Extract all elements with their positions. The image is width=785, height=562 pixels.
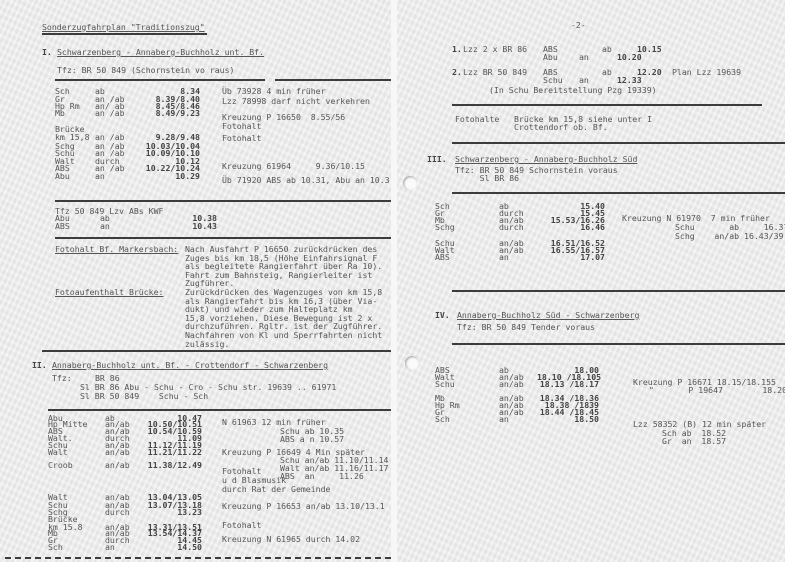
note: Fotohalt bbox=[222, 521, 261, 529]
arrival-departure-type: durch bbox=[105, 508, 130, 516]
timetable-page-1: Sonderzugfahrplan "Traditionszug" I. Sch… bbox=[0, 0, 391, 562]
station-name: Schg bbox=[435, 223, 455, 231]
note: durch Rat der Gemeinde bbox=[222, 485, 330, 493]
arrival-departure-type: an /ab bbox=[95, 109, 125, 117]
arrival-departure-type: an /ab bbox=[95, 133, 125, 141]
note: N 61963 12 min früher bbox=[222, 418, 326, 426]
arrival-departure-type: ab bbox=[602, 68, 612, 76]
arrival-departure-type: an bbox=[100, 222, 110, 230]
photo-stop-text: Nach Ausfahrt P 16650 zurückdrücken des … bbox=[185, 245, 382, 288]
divider bbox=[452, 290, 785, 292]
station-name: ABS bbox=[55, 222, 70, 230]
divider bbox=[55, 237, 391, 239]
time-value: 18.13 /18.17 bbox=[537, 380, 599, 388]
arrival-departure-type: an/ab bbox=[499, 380, 524, 388]
photo-stop-label: Fotohalt Bf. Markersbach: bbox=[55, 245, 178, 253]
time-value: 16.46 bbox=[543, 223, 605, 231]
note: Lzz 58352 (B) 12 min später bbox=[633, 420, 766, 428]
section-3-number: III. bbox=[427, 155, 447, 163]
arrival-departure-type: an bbox=[499, 415, 509, 423]
fotohalte-text: Brücke km 15,8 siehe unter I Crottendorf… bbox=[514, 115, 652, 131]
divider bbox=[452, 343, 785, 345]
arrival-departure-type: an bbox=[95, 172, 105, 180]
note: Schg an/ab 16.43/39 bbox=[675, 232, 783, 240]
lz-description: Lzz 2 x BR 86 bbox=[463, 45, 527, 53]
section-2-tfz-label: Tfz: bbox=[52, 374, 72, 382]
section-1-tfz: Tfz: BR 50 849 (Schornstein vo raus) bbox=[57, 66, 234, 74]
station-name: Abu bbox=[543, 53, 558, 61]
station-name: Schu bbox=[435, 380, 455, 388]
note: Kreuzung P 16653 an/ab 13.10/13.1 bbox=[222, 502, 385, 510]
arrival-departure-type: an bbox=[579, 76, 589, 84]
note: Fotohalt bbox=[222, 122, 261, 130]
station-name: Sch bbox=[48, 543, 63, 551]
time-value: 10.20 bbox=[617, 53, 642, 61]
note: Üb 71920 ABS ab 10.31, Abu an 10.3 bbox=[222, 176, 390, 184]
section-4-heading: Annaberg-Buchholz Süd - Schwarzenberg bbox=[457, 311, 639, 319]
station-name: Schu bbox=[543, 76, 563, 84]
time-value: 14.50 bbox=[140, 543, 202, 551]
station-name: Mb bbox=[55, 109, 65, 117]
arrival-departure-type: durch bbox=[499, 223, 524, 231]
note: Üb 73928 4 min früher bbox=[222, 87, 326, 95]
arrival-departure-type: an/ab bbox=[105, 448, 130, 456]
lz-description: Lzz BR 50 849 bbox=[463, 68, 527, 76]
photo-stop-text: Zurückdrücken des Wagenzuges von km 15,8… bbox=[185, 288, 382, 348]
station-name: Brücke km 15,8 bbox=[55, 125, 90, 141]
punch-hole bbox=[405, 356, 419, 370]
section-1-heading: Schwarzenberg - Annaberg-Buchholz unt. B… bbox=[57, 48, 264, 56]
note: Kreuzung N 61970 7 min früher bbox=[622, 214, 770, 222]
note: Gr an 18.57 bbox=[662, 437, 726, 445]
document-title: Sonderzugfahrplan "Traditionszug" bbox=[42, 23, 205, 31]
punch-hole bbox=[403, 176, 417, 190]
tfz-line: Sl BR 86 Abu - Schu - Cro - Schu str. 19… bbox=[80, 383, 336, 391]
note: Kreuzung P 16650 8.55/56 bbox=[222, 113, 345, 121]
section-4-tfz: Tfz: BR 50 849 Tender voraus bbox=[457, 323, 595, 331]
time-value: 11.38/12.49 bbox=[140, 461, 202, 469]
note: ABS a n 10.57 bbox=[280, 435, 344, 443]
station-name: Sch bbox=[435, 415, 450, 423]
tfz-line: Sl BR 50 849 Schu - Sch bbox=[80, 392, 208, 400]
fotohalte-label: Fotohalte bbox=[455, 115, 499, 123]
station-name: ABS bbox=[435, 253, 450, 261]
note: Fotohalt bbox=[222, 134, 261, 142]
time-value: 13.23 bbox=[140, 508, 202, 516]
note: Lzz 78998 darf nicht verkehren bbox=[222, 97, 370, 105]
section-2-number: II. bbox=[32, 361, 47, 369]
divider bbox=[55, 79, 265, 81]
section-1-number: I. bbox=[42, 48, 52, 56]
station-name: Walt bbox=[48, 448, 68, 456]
lz-plan-note: Plan Lzz 19639 bbox=[672, 68, 741, 76]
arrival-departure-type: ab bbox=[602, 45, 612, 53]
bereitstellung-note: (In Schu Bereitstellung Pzg 19339) bbox=[489, 86, 657, 94]
note: ABS an 11.26 bbox=[280, 472, 364, 480]
lz-number: 1. bbox=[452, 45, 462, 53]
time-value: 9.28/9.48 bbox=[138, 133, 200, 141]
divider bbox=[42, 350, 391, 352]
divider bbox=[275, 79, 391, 81]
time-value: 10.29 bbox=[138, 172, 200, 180]
tfz-line: BR 86 bbox=[95, 374, 120, 382]
arrival-departure-type: an bbox=[105, 543, 115, 551]
note: u d Blasmusik bbox=[222, 476, 286, 484]
divider bbox=[48, 409, 391, 411]
time-value: 8.49/9.23 bbox=[138, 109, 200, 117]
note: " P 19647 18.20 bbox=[649, 386, 785, 394]
note: Fotohalt bbox=[222, 467, 261, 475]
divider bbox=[5, 557, 391, 559]
arrival-departure-type: an bbox=[499, 253, 509, 261]
section-3-heading: Schwarzenberg - Annaberg-Buchholz Süd bbox=[455, 155, 637, 163]
divider bbox=[452, 142, 785, 144]
page-number: -2- bbox=[571, 21, 586, 29]
note: Kreuzung N 61965 durch 14.02 bbox=[222, 535, 360, 543]
time-value: 18.50 bbox=[537, 415, 599, 423]
time-value: 17.07 bbox=[543, 253, 605, 261]
divider bbox=[452, 104, 762, 106]
note: Kreuzung 61964 9.36/10.15 bbox=[222, 162, 365, 170]
time-value: 12.33 bbox=[617, 76, 642, 84]
section-3-tfz: Tfz: BR 50 849 Schornstein voraus Sl BR … bbox=[455, 166, 618, 182]
section-2-heading: Annaberg-Buchholz unt. Bf. - Crottendorf… bbox=[52, 361, 328, 369]
arrival-departure-type: an bbox=[579, 53, 589, 61]
photo-stop-label: Fotoaufenthalt Brücke: bbox=[55, 288, 163, 296]
divider bbox=[55, 200, 391, 202]
station-name: Croob bbox=[48, 461, 73, 469]
time-value: 11.21/11.22 bbox=[140, 448, 202, 456]
divider bbox=[452, 192, 785, 194]
timetable-page-2: -2- 1.Lzz 2 x BR 86ABSAbuaban10.1510.202… bbox=[397, 0, 785, 562]
station-name: Abu bbox=[55, 172, 70, 180]
section-4-number: IV. bbox=[435, 311, 450, 319]
time-value: 10.43 bbox=[155, 222, 217, 230]
title-underline bbox=[42, 33, 207, 35]
lz-number: 2. bbox=[452, 68, 462, 76]
arrival-departure-type: an/ab bbox=[105, 461, 130, 469]
note: Schu ab 16.37 bbox=[675, 223, 785, 231]
